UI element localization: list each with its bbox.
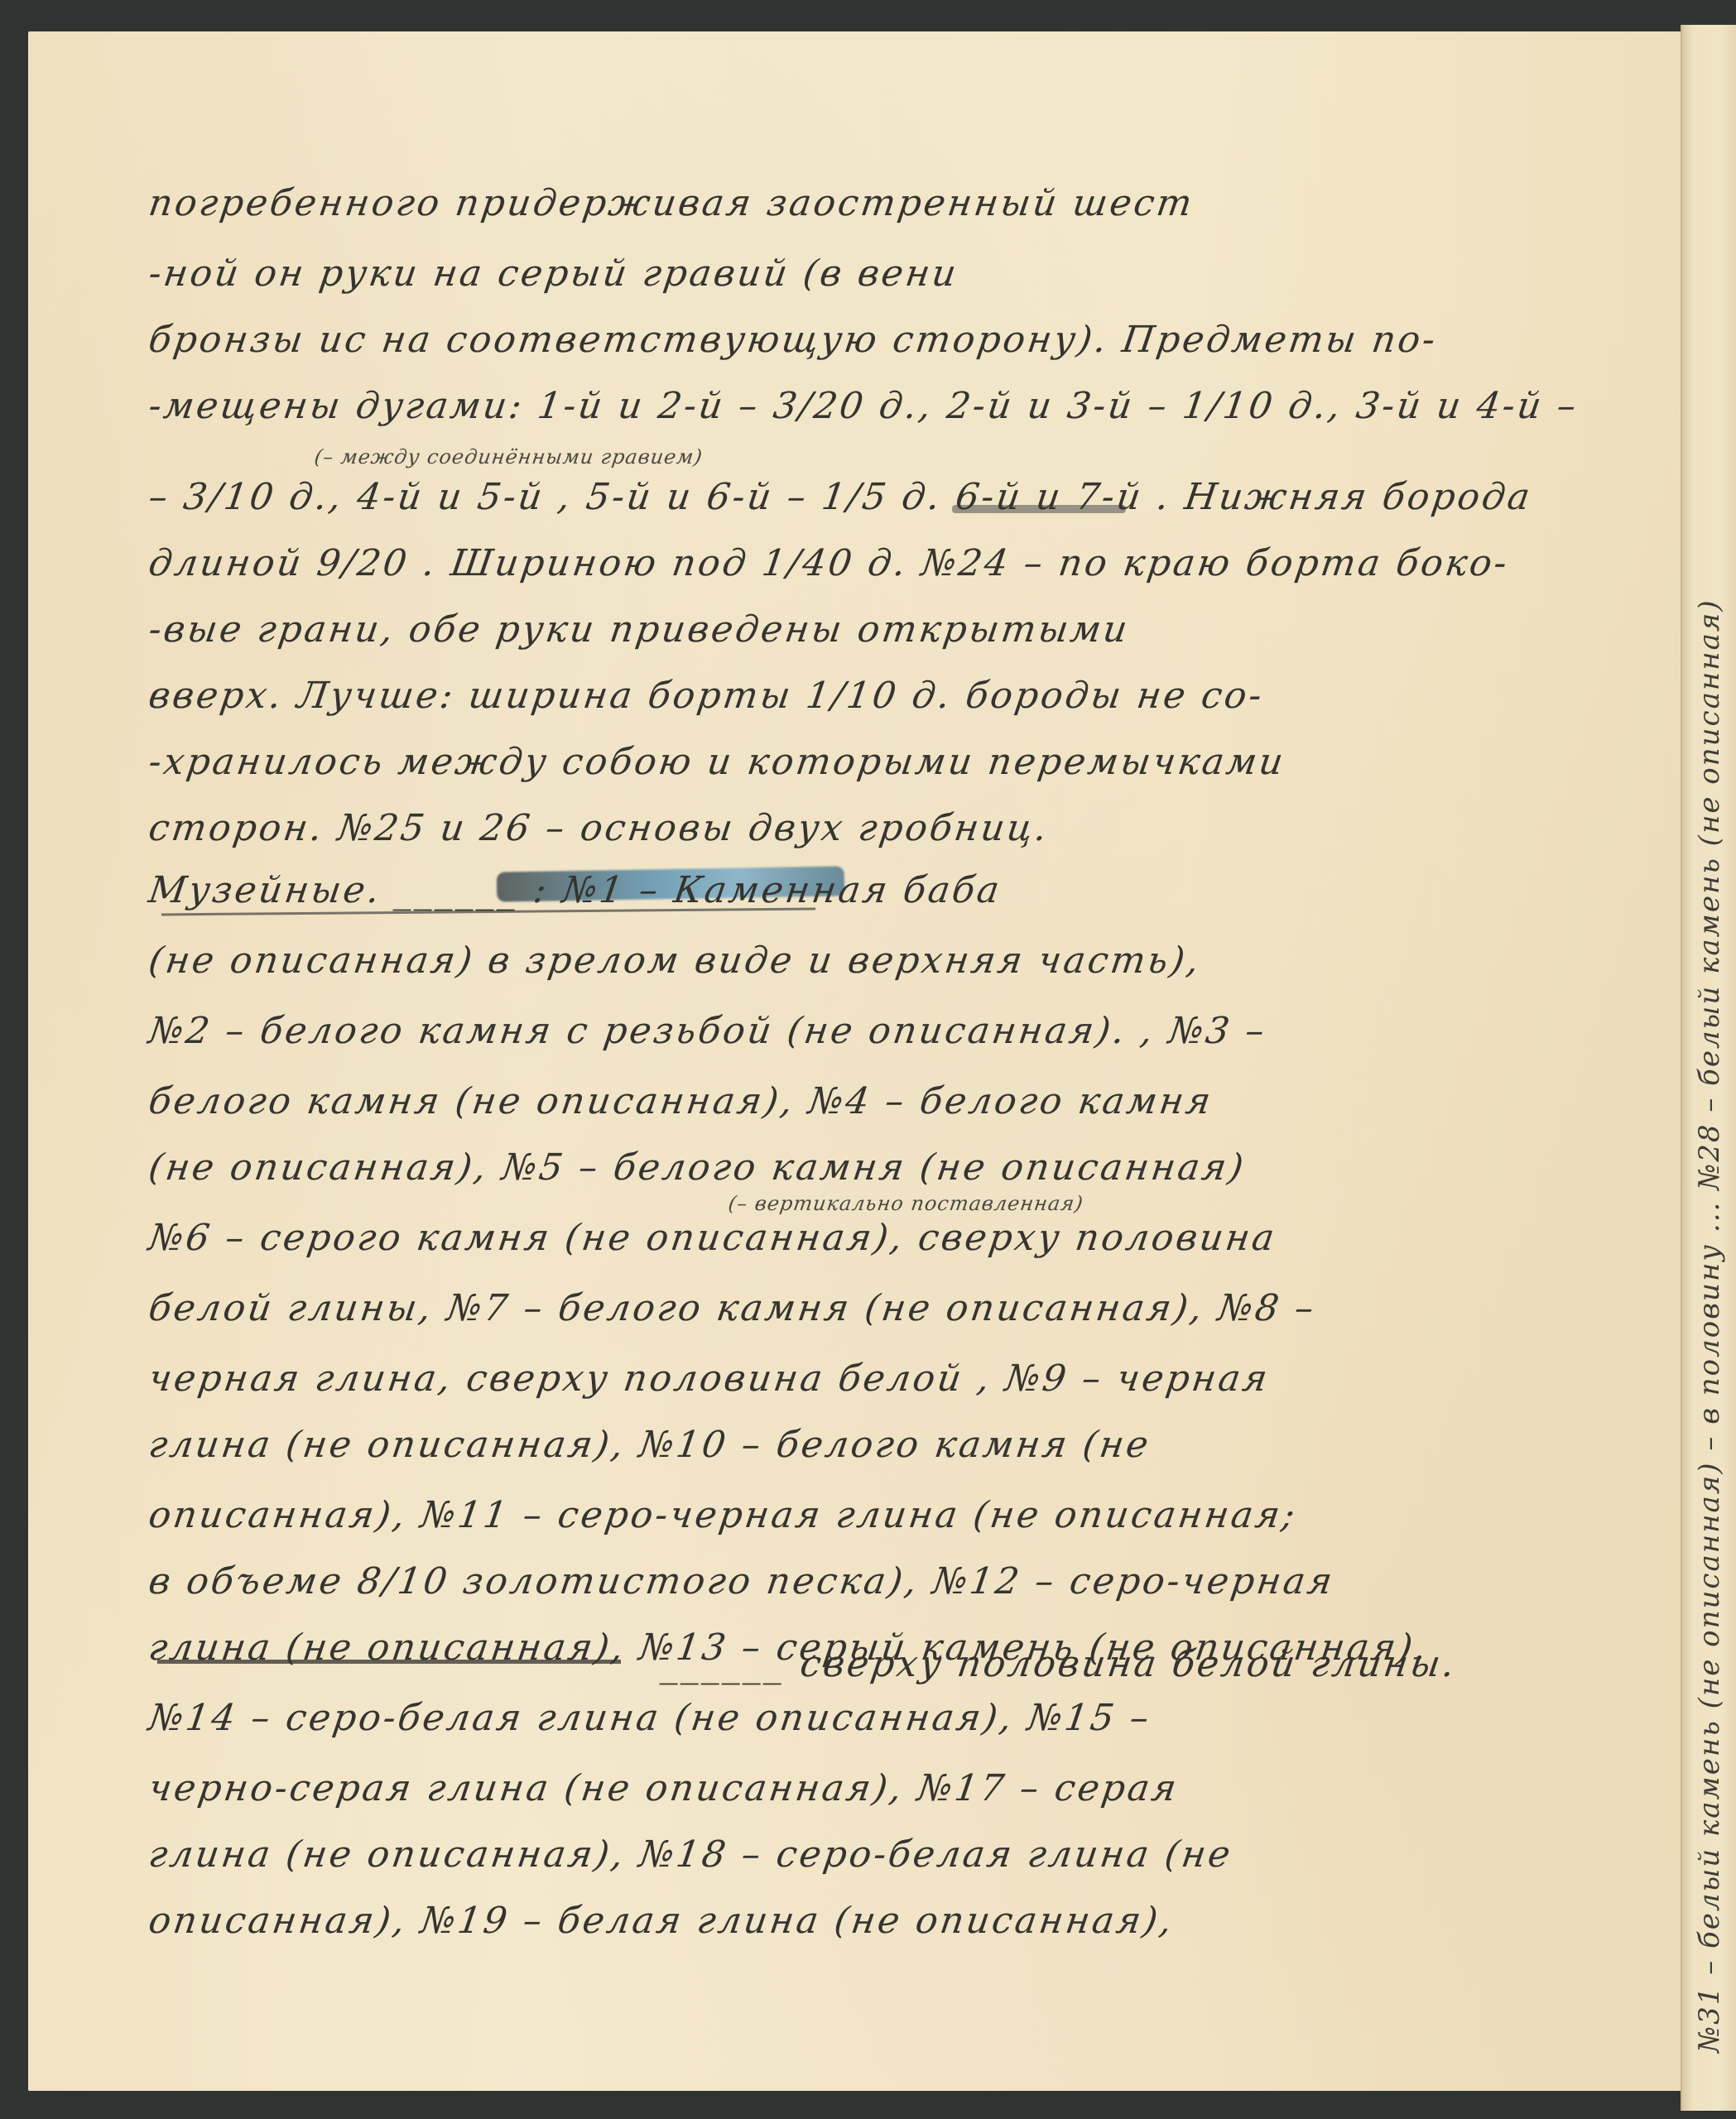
text-line: белой глины, №7 – белого камня (не описа…	[146, 1287, 1658, 1330]
interlinear-insertion: (– вертикально поставленная)	[727, 1192, 1736, 1215]
text-line: – 3/10 д., 4-й и 5-й , 5-й и 6-й – 1/5 д…	[146, 476, 1658, 519]
text-line: черно-серая глина (не описанная), №17 – …	[146, 1767, 1658, 1810]
margin-vertical-text: №31 – белый камень (не описанная) – в по…	[1693, 598, 1726, 2053]
text-line: в объеме 8/10 золотистого песка), №12 – …	[146, 1560, 1658, 1603]
text-line: глина (не описанная), №10 – белого камня…	[146, 1424, 1658, 1467]
text-line: длиной 9/20 . Шириною под 1/40 д. №24 – …	[146, 542, 1658, 585]
text-line: вверх. Лучше: ширина борты 1/10 д. бород…	[146, 675, 1658, 718]
text-line: (не описанная), №5 – белого камня (не оп…	[146, 1146, 1658, 1189]
text-line: №6 – серого камня (не описанная), сверху…	[146, 1217, 1658, 1260]
text-line: №2 – белого камня с резьбой (не описанна…	[146, 1010, 1658, 1053]
section-heading-line: Музейные. ______ : №1 – Каменная баба	[146, 869, 1658, 912]
text-line: (не описанная) в зрелом виде и верхняя ч…	[146, 939, 1658, 983]
interlinear-insertion: (– между соединёнными гравием)	[313, 445, 1736, 468]
text-line: №14 – серо-белая глина (не описанная), №…	[146, 1697, 1658, 1740]
text-line: ______ сверху половина белой глины.	[659, 1643, 1736, 1686]
text-line: -ной он руки на серый гравий (в вени	[146, 252, 1658, 296]
text-line: описанная), №19 – белая глина (не описан…	[146, 1900, 1658, 1943]
text-line: -вые грани, обе руки приведены открытыми	[146, 608, 1658, 651]
text-line: черная глина, сверху половина белой , №9…	[146, 1357, 1658, 1401]
text-line: бронзы ис на соответствующую сторону). П…	[146, 319, 1658, 362]
text-line: сторон. №25 и 26 – основы двух гробниц.	[146, 807, 1658, 850]
text-line: глина (не описанная), №18 – серо-белая г…	[146, 1833, 1658, 1876]
text-line: -мещены дугами: 1-й и 2-й – 3/20 д., 2-й…	[146, 385, 1658, 428]
text-line: -хранилось между собою и которыми перемы…	[146, 741, 1658, 784]
text-line: белого камня (не описанная), №4 – белого…	[146, 1080, 1658, 1123]
text-line: погребенного придерживая заостренный шес…	[146, 182, 1658, 225]
text-line: описанная), №11 – серо-черная глина (не …	[146, 1494, 1658, 1537]
